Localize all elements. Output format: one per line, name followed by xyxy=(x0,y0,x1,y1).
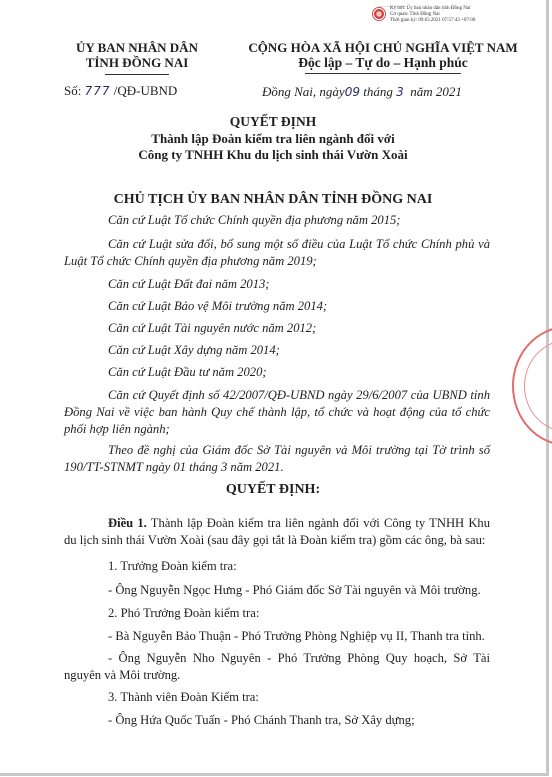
official-seal-stamp xyxy=(512,326,552,446)
country-name: CỘNG HÒA XÃ HỘI CHỦ NGHĨA VIỆT NAM xyxy=(248,40,518,55)
motto: Độc lập – Tự do – Hạnh phúc xyxy=(248,55,518,70)
document-type: QUYẾT ĐỊNH xyxy=(0,114,546,130)
member-item: 2. Phó Trưởng Đoàn kiểm tra: xyxy=(64,605,490,622)
member-item: - Ông Nguyễn Ngọc Hưng - Phó Giám đốc Sở… xyxy=(64,582,490,599)
seal-icon xyxy=(372,7,386,21)
decision-heading: QUYẾT ĐỊNH: xyxy=(0,482,546,498)
basis-item: Căn cứ Quyết định số 42/2007/QĐ-UBND ngà… xyxy=(64,387,490,438)
document-number: Số: 777 /QĐ-UBND xyxy=(64,83,177,99)
member-item: - Ông Nguyễn Nho Nguyên - Phó Trưởng Phò… xyxy=(64,650,490,684)
digital-signature: Ký bởi: Ủy ban nhân dân tỉnh Đồng Nai Cơ… xyxy=(372,6,475,24)
basis-item: Căn cứ Luật sửa đổi, bổ sung một số điều… xyxy=(64,236,490,270)
basis-item: Căn cứ Luật Đất đai năm 2013; xyxy=(64,276,490,293)
member-item: - Bà Nguyễn Bảo Thuận - Phó Trưởng Phòng… xyxy=(64,628,490,645)
article-1: Điều 1. Thành lập Đoàn kiểm tra liên ngà… xyxy=(64,515,490,549)
basis-item: Căn cứ Luật Tổ chức Chính quyền địa phươ… xyxy=(64,212,490,229)
handwritten-day: 09 xyxy=(345,85,360,99)
signature-time: Thời gian ký: 09.03.2021 07:57:43 +07:00 xyxy=(390,18,475,24)
authority-line1: ỦY BAN NHÂN DÂN xyxy=(62,40,212,55)
member-item: 3. Thành viên Đoàn Kiểm tra: xyxy=(64,689,490,706)
member-item: 1. Trưởng Đoàn kiểm tra: xyxy=(64,558,490,575)
basis-item: Theo đề nghị của Giám đốc Sở Tài nguyên … xyxy=(64,442,490,476)
basis-item: Căn cứ Luật Bảo vệ Môi trường năm 2014; xyxy=(64,298,490,315)
document-page: Ký bởi: Ủy ban nhân dân tỉnh Đồng Nai Cơ… xyxy=(0,0,549,776)
document-date: Đồng Nai, ngày09 tháng 3 năm 2021 xyxy=(262,84,462,100)
handwritten-number: 777 xyxy=(85,84,111,98)
motto-underline xyxy=(305,73,461,74)
basis-item: Căn cứ Luật Đầu tư năm 2020; xyxy=(64,364,490,381)
member-item: - Ông Hứa Quốc Tuấn - Phó Chánh Thanh tr… xyxy=(64,712,490,729)
basis-item: Căn cứ Luật Tài nguyên nước năm 2012; xyxy=(64,320,490,337)
basis-item: Căn cứ Luật Xây dựng năm 2014; xyxy=(64,342,490,359)
issuing-authority: ỦY BAN NHÂN DÂN TỈNH ĐỒNG NAI xyxy=(62,40,212,75)
national-motto: CỘNG HÒA XÃ HỘI CHỦ NGHĨA VIỆT NAM Độc l… xyxy=(248,40,518,74)
document-subject: Thành lập Đoàn kiểm tra liên ngành đối v… xyxy=(0,131,546,163)
authority-underline xyxy=(105,74,169,75)
authority-heading: CHỦ TỊCH ỦY BAN NHÂN DÂN TỈNH ĐỒNG NAI xyxy=(0,192,546,208)
authority-line2: TỈNH ĐỒNG NAI xyxy=(62,55,212,70)
handwritten-month: 3 xyxy=(396,85,404,99)
